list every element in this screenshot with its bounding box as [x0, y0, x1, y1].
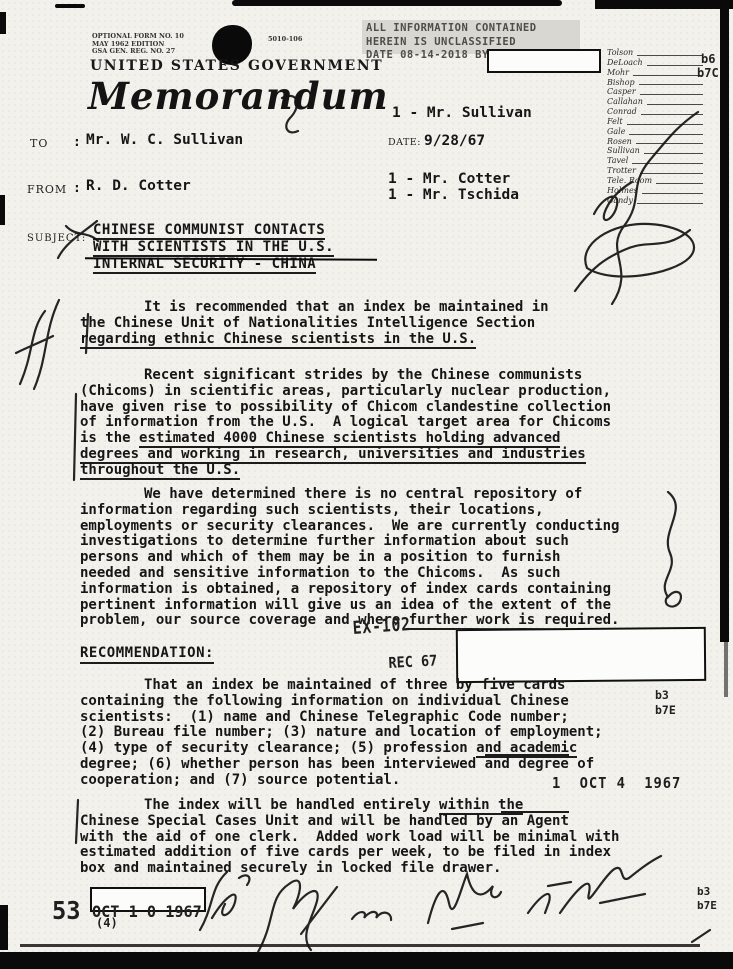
signature-omw — [352, 912, 391, 920]
text-line: DeLoach — [607, 58, 703, 68]
exemption-b7c: b7C — [697, 66, 719, 80]
text-line: degree; (6) whether person has been inte… — [80, 757, 655, 773]
text-line: estimated addition of five cards per wee… — [80, 845, 655, 861]
text-line: degrees and working in research, univers… — [80, 447, 655, 463]
text-segment: (4) type of security clearance; (5) prof… — [80, 740, 476, 756]
text-line: Mohr — [607, 68, 703, 78]
text-segment: throughout the U.S. — [80, 462, 240, 480]
text-line: Callahan — [607, 97, 703, 107]
text-segment: Holmes — [607, 186, 638, 196]
to-label: TO — [30, 137, 48, 150]
text-line: Trotter — [607, 166, 703, 176]
text-line: Tolson — [607, 48, 703, 58]
text-segment: Tolson — [607, 48, 633, 58]
text-line: regarding ethnic Chinese scientists in t… — [80, 332, 655, 348]
text-segment: Bishop — [607, 78, 635, 88]
text-segment: employments or security clearances. We a… — [80, 518, 619, 534]
text-line: box and maintained securely in locked fi… — [80, 861, 655, 877]
stamp-ex-102: EX-102 — [352, 614, 412, 639]
text-segment: (Chicoms) in scientific areas, particula… — [80, 383, 611, 399]
text-line: Chinese Special Cases Unit and will be h… — [80, 814, 655, 830]
text-segment: Gale — [607, 127, 625, 137]
redaction-box-mid — [456, 627, 706, 683]
text-segment: That an index be maintained of three by … — [144, 677, 565, 693]
text-line: employments or security clearances. We a… — [80, 519, 655, 535]
text-line: Felt — [607, 117, 703, 127]
scan-artifact-right-bar-low — [724, 642, 728, 697]
text-line: That an index be maintained of three by … — [80, 678, 655, 694]
scan-artifact-bottom-bar — [0, 952, 733, 969]
from-colon: : — [73, 181, 81, 196]
copy-line-tschida: 1 - Mr. Tschida — [388, 187, 519, 203]
text-segment: pertinent information will give us an id… — [80, 597, 611, 613]
scan-artifact-right-bar — [720, 6, 729, 642]
subject-lines: CHINESE COMMUNIST CONTACTSWITH SCIENTIST… — [93, 222, 334, 272]
text-segment: persons and which of them may be in a po… — [80, 549, 560, 565]
copy-line-cotter: 1 - Mr. Cotter — [388, 171, 510, 187]
scan-artifact-bottom-line — [20, 944, 700, 947]
text-line: with the aid of one clerk. Added work lo… — [80, 830, 655, 846]
paragraph-4: That an index be maintained of three by … — [80, 678, 655, 789]
text-segment: Felt — [607, 117, 623, 127]
stamp-serial-53: 53 — [52, 896, 81, 925]
redaction-box-top — [487, 49, 601, 73]
text-line: Gandy — [607, 196, 703, 206]
signature-circled-initials — [575, 230, 690, 291]
scan-artifact-top-left — [55, 4, 85, 8]
paragraph-2: Recent significant strides by the Chines… — [80, 368, 655, 479]
text-line: is the estimated 4000 Chinese scientists… — [80, 431, 655, 447]
text-segment: estimated addition of five cards per wee… — [80, 844, 611, 860]
margin-squiggle-right — [665, 492, 681, 607]
text-segment: information is obtained, a repository of… — [80, 581, 611, 597]
text-segment: and degree — [485, 754, 569, 772]
signature-circled-initials — [585, 224, 694, 277]
text-line: It is recommended that an index be maint… — [80, 300, 655, 316]
text-segment: Tele. Room — [607, 176, 652, 186]
text-line: Bishop — [607, 78, 703, 88]
text-segment: is the — [80, 430, 139, 446]
text-line: Rosen — [607, 137, 703, 147]
text-line: the Chinese Unit of Nationalities Intell… — [80, 316, 655, 332]
exemption-mid-b7e: b7E — [655, 703, 676, 717]
text-segment: scientists: (1) name and Chinese Telegra… — [80, 709, 569, 725]
text-segment: DeLoach — [607, 58, 643, 68]
text-segment: containing the following information on … — [80, 693, 569, 709]
text-line: We have determined there is no central r… — [80, 487, 655, 503]
form-print-line: GSA GEN. REG. NO. 27 — [92, 48, 184, 56]
page-title: Memorandum — [88, 74, 389, 118]
text-line: Tavel — [607, 156, 703, 166]
text-line: information regarding such scientists, t… — [80, 503, 655, 519]
scan-artifact-left-2 — [0, 195, 5, 225]
text-line: (2) Bureau file number; (3) nature and l… — [80, 725, 655, 741]
text-line: Holmes — [607, 186, 703, 196]
text-line: Conrad — [607, 107, 703, 117]
text-segment: box and maintained securely in locked fi… — [80, 860, 501, 876]
scan-artifact-top-mid — [232, 0, 562, 6]
copy-line-sullivan: 1 - Mr. Sullivan — [392, 105, 532, 121]
date-value: 9/28/67 — [424, 133, 485, 149]
text-segment: Casper — [607, 87, 636, 97]
exemption-bottom-b7e: b7E — [697, 899, 717, 912]
agency-line: UNITED STATES GOVERNMENT — [90, 58, 383, 74]
text-line: Recent significant strides by the Chines… — [80, 368, 655, 384]
text-segment: Sullivan — [607, 146, 640, 156]
stamp-copies-count: (4) — [96, 916, 118, 930]
text-line: containing the following information on … — [80, 694, 655, 710]
exemption-mid-b3: b3 — [655, 688, 669, 702]
form-number: 5010-106 — [268, 36, 302, 44]
text-segment: WITH SCIENTISTS IN THE U.S. — [93, 239, 334, 257]
exemption-bottom-b3: b3 — [697, 885, 710, 898]
text-line: needed and sensitive information to the … — [80, 566, 655, 582]
recommendation-heading: RECOMMENDATION: — [80, 645, 214, 664]
text-segment: the Chinese Unit of Nationalities Intell… — [80, 315, 535, 331]
exemption-b6: b6 — [701, 52, 715, 66]
text-segment: Recent significant strides by the Chines… — [144, 367, 582, 383]
text-line: Tele. Room — [607, 176, 703, 186]
text-segment: investigations to determine further info… — [80, 533, 569, 549]
text-line: Gale — [607, 127, 703, 137]
text-segment: of information from the U.S. A logical t… — [80, 414, 611, 430]
to-colon: : — [73, 135, 81, 150]
scan-artifact-top-right — [595, 0, 733, 9]
form-print: OPTIONAL FORM NO. 10 MAY 1962 EDITION GS… — [92, 33, 184, 56]
stamp-rec-67: REC 67 — [388, 651, 438, 672]
memo-page: OPTIONAL FORM NO. 10 MAY 1962 EDITION GS… — [0, 0, 733, 969]
margin-mark-jjr — [16, 300, 59, 389]
text-segment: Conrad — [607, 107, 637, 117]
text-segment: Mohr — [607, 68, 629, 78]
text-line: throughout the U.S. — [80, 463, 655, 479]
text-line: scientists: (1) name and Chinese Telegra… — [80, 710, 655, 726]
to-value: Mr. W. C. Sullivan — [86, 132, 243, 148]
text-segment: degree; (6) whether person has been inte… — [80, 756, 485, 772]
scan-artifact-left-3 — [0, 905, 8, 950]
text-line: Sullivan — [607, 146, 703, 156]
paragraph-1: It is recommended that an index be maint… — [80, 300, 655, 347]
text-line: have given rise to possibility of Chicom… — [80, 400, 655, 416]
text-line: (Chicoms) in scientific areas, particula… — [80, 384, 655, 400]
text-segment: The index will be handled entirely — [144, 797, 439, 813]
text-segment: It is recommended that an index be maint… — [144, 299, 549, 315]
text-line: persons and which of them may be in a po… — [80, 550, 655, 566]
text-segment: Callahan — [607, 97, 643, 107]
scan-artifact-left-1 — [0, 12, 6, 34]
signature-wes — [428, 874, 501, 929]
text-line: of information from the U.S. A logical t… — [80, 415, 655, 431]
text-segment: of — [569, 756, 594, 772]
text-line: Casper — [607, 87, 703, 97]
text-segment: Gandy — [607, 196, 633, 206]
text-line: WITH SCIENTISTS IN THE U.S. — [93, 239, 334, 256]
margin-line-para2 — [74, 394, 76, 480]
text-segment: cooperation; and (7) source potential. — [80, 772, 400, 788]
text-line: CHINESE COMMUNIST CONTACTS — [93, 222, 334, 239]
from-label: FROM — [27, 183, 67, 196]
text-segment: needed and sensitive information to the … — [80, 565, 560, 581]
text-segment: with the aid of one clerk. Added work lo… — [80, 829, 619, 845]
classification-line: HEREIN IS UNCLASSIFIED — [366, 36, 537, 50]
text-segment: an Agent — [501, 811, 568, 829]
text-line: information is obtained, a repository of… — [80, 582, 655, 598]
text-segment: Chinese Special Cases Unit and will be h… — [80, 813, 501, 829]
text-segment: Trotter — [607, 166, 636, 176]
date-label: DATE: — [388, 137, 421, 148]
text-segment: CHINESE COMMUNIST CONTACTS — [93, 222, 325, 240]
paragraph-3: We have determined there is no central r… — [80, 487, 655, 629]
stamp-oct-4-1967: 1 OCT 4 1967 — [552, 774, 681, 792]
signature-pjt — [200, 872, 249, 930]
margin-line-para5 — [76, 800, 78, 843]
text-line: pertinent information will give us an id… — [80, 598, 655, 614]
text-segment: Rosen — [607, 137, 632, 147]
text-segment: have given rise to possibility of Chicom… — [80, 399, 611, 415]
text-segment: information regarding such scientists, t… — [80, 502, 544, 518]
subject-label: SUBJECT: — [27, 233, 86, 244]
text-line: investigations to determine further info… — [80, 534, 655, 550]
text-segment: (2) Bureau file number; (3) nature and l… — [80, 724, 603, 740]
text-segment: We have determined there is no central r… — [144, 486, 582, 502]
signature-jfw — [258, 881, 337, 952]
paragraph-5: The index will be handled entirely withi… — [80, 798, 655, 877]
text-segment: Tavel — [607, 156, 628, 166]
classification-line: ALL INFORMATION CONTAINED — [366, 22, 537, 36]
from-value: R. D. Cotter — [86, 178, 191, 194]
signature-dash-bottom — [692, 930, 710, 942]
routing-list: TolsonDeLoachMohrBishopCasperCallahanCon… — [607, 48, 703, 206]
text-segment: regarding ethnic Chinese scientists in t… — [80, 331, 476, 349]
